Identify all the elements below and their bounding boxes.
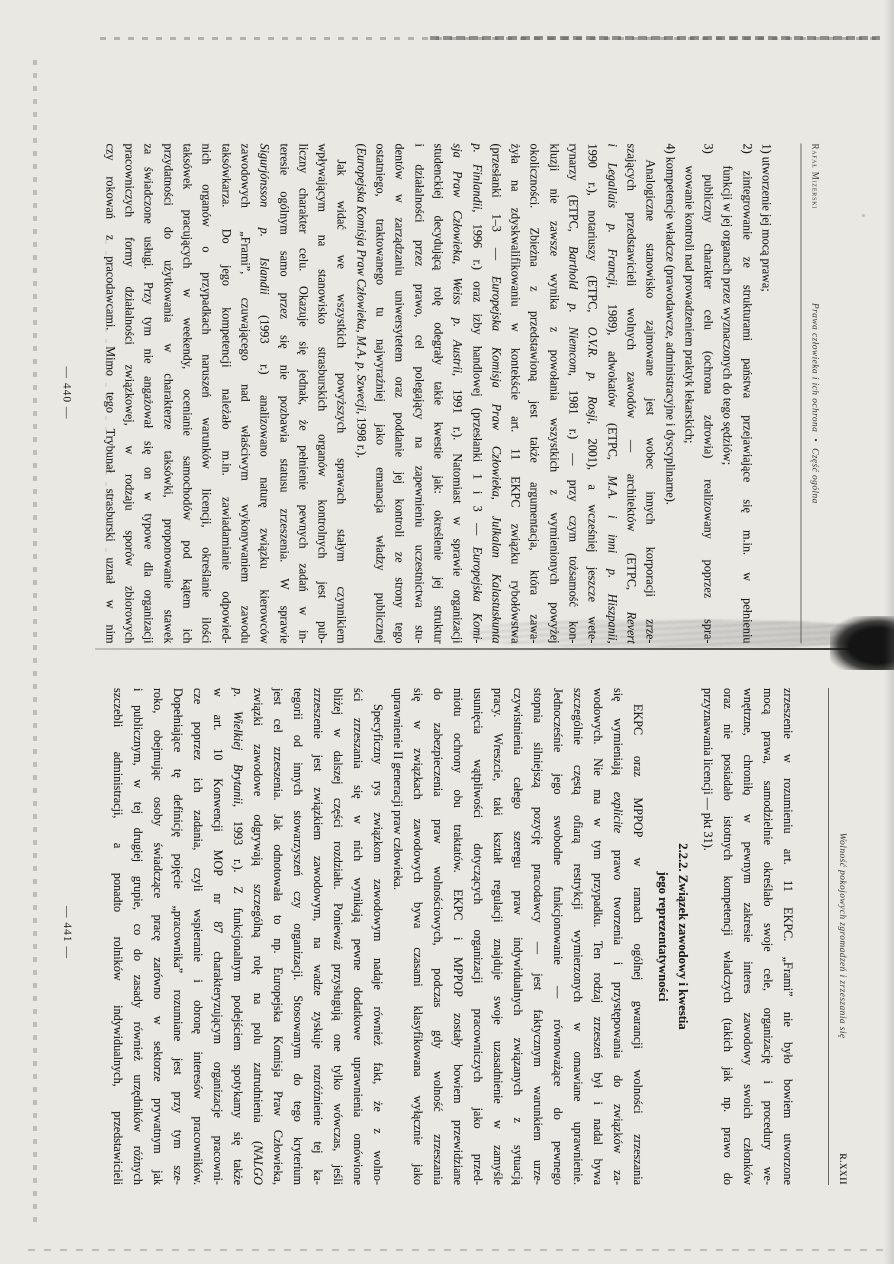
text-line: zrzeszenie w rozumieniu art. 11 EKPC. „F… [778,688,798,1185]
text-line: pracowniczych formy działalności związko… [119,143,138,643]
text-line: wpływającym na stanowisko strasburskich … [312,143,331,643]
page-number-441: — 441 — [61,680,73,1185]
text-line: miotu ochrony obu traktatów. EKPC i MPPO… [448,688,468,1185]
page-440: Rafał Mizerski Prawa człowieka i ich och… [40,140,820,645]
text-line: zrzeszenie jest związkiem zawodowym, na … [308,688,328,1185]
scan-edge-artifact-bottom [28,1249,890,1251]
text-line: wnętrzne, chroniło w pewnym zakresie int… [738,688,758,1185]
text-line: Sigurjónsson p. Islandii (1993 r.) anali… [254,143,273,643]
gutter-ink-blob [830,616,894,670]
text-line: czywistnienia całego szeregu praw indywi… [508,688,528,1185]
text-line: sja Praw Człowieka, Weiss p. Austrii, 19… [447,143,466,643]
text-line: 1990 r.), notariuszy (ETPC, O.V.R. p. Ro… [582,143,601,643]
page-right-edge-shadow [884,0,894,1264]
scan-edge-artifact-top-dark [430,36,880,40]
book-title: Prawa człowieka i ich ochrona [809,302,819,431]
chapter-title: Wolność pokojowych zgromadzeń i zrzeszan… [837,833,847,1039]
text-line: liczny charakter celu. Okazuje się jedna… [293,143,312,643]
running-head-440: Rafał Mizerski Prawa człowieka i ich och… [800,143,820,643]
text-line: Jednocześnie jego swobodne funkcjonowani… [548,688,568,1185]
text-line: Analogiczne stanowisko zajmowane jest wo… [640,143,659,643]
page-441-text-block: zrzeszenie w rozumieniu art. 11 EKPC. „F… [108,688,798,1185]
text-line: nich organów o przypadkach naruszeń waru… [196,143,215,643]
text-line: mocą prawa, samodzielnie określało swoje… [758,688,778,1185]
running-head-author: Rafał Mizerski [810,143,820,209]
text-line: p. Finlandii, 1996 r.) oraz izby handlow… [466,143,485,643]
text-line: czy rokowań z pracodawcami. Mimo tego Tr… [100,143,119,643]
text-line: tegorii od innych stowarzyszeń czy organ… [288,688,308,1185]
text-line: bliżej w dalszej części rozdziału. Ponie… [328,688,348,1185]
text-line: dentów w zarządzaniu uniwersytetem oraz … [389,143,408,643]
text-line: ści zrzeszania się w nich wynikają pewne… [348,688,368,1185]
book-section: Część ogólna [809,448,819,504]
text-line: i Legallais p. Francji, 1989), adwokatów… [601,143,620,643]
text-line: 3) publiczny charakter celu (ochrona zdr… [698,143,717,643]
scan-edge-artifact-left [33,60,37,1230]
scan-speck [862,214,865,217]
running-head-441: Wolność pokojowych zgromadzeń i zrzeszan… [828,688,848,1185]
text-line: się wymieniają explicite prawo tworzenia… [608,688,628,1185]
text-line: (Europejska Komisja Praw Człowieka, M.A.… [350,143,369,643]
text-line: wodowych. Nie ma w tym przypadku. Ten ro… [588,688,608,1185]
text-line: pracy. Wreszcie, taki kształt regulacji … [488,688,508,1185]
text-line: ostatniego, traktowanego tu najwyraźniej… [370,143,389,643]
gutter-crease-line [95,648,894,650]
text-line: 1) utworzenie jej mocą prawa; [756,143,775,643]
page-number-440: — 440 — [60,140,72,645]
text-line: roko, obejmując osoby świadczące pracę z… [148,688,168,1185]
text-line: kluzji nie zawsze wynika z powołania wsz… [543,143,562,643]
text-line: jest cel zrzeszenia. Jak odnotowała to n… [268,688,288,1185]
text-line: zawodowych „Frami”, czuwającego nad właś… [235,143,254,643]
text-line: teresie ogólnym samo przez się nie pozba… [273,143,292,643]
text-line: Specyficzny rys związkom zawodowym nadaj… [368,688,388,1185]
text-line: stopnia silniejszą pozycję pracodawcy — … [528,688,548,1185]
text-line: usunięcia wątpliwości dotyczących organi… [468,688,488,1185]
text-line: Jak widać we wszystkich powyższych spraw… [331,143,350,643]
text-line: Dopełniające tę definicję pojęcie „praco… [168,688,188,1185]
text-line: oraz nie posiadało istotnych kompetencji… [718,688,738,1185]
text-line: szających przedstawicieli wolnych zawodó… [621,143,640,643]
text-line: EKPC oraz MPPOP w ramach ogólnej gwaranc… [628,688,648,1185]
text-line: taksówkarza. Do jego kompetencji należał… [215,143,234,643]
text-line: i publicznym, w tej drugiej grupie, co d… [128,688,148,1185]
text-line: do zabezpieczenia praw wolnościowych, po… [428,688,448,1185]
text-line: za świadczone usługi. Przy tym nie angaż… [138,143,157,643]
text-line: 2.2.2. Związek zawodowy i kwestia [673,688,693,1185]
text-line: funkcji w jej organach przez wyznaczonyc… [717,143,736,643]
text-line: związki zawodowe odgrywają szczególną ro… [248,688,268,1185]
text-line: szczebli administracji, a ponadto rolnik… [108,688,128,1185]
text-line: żyła na zdyskwalifikowaniu w kontekście … [505,143,524,643]
text-line: przydatności do użytkowania w charakterz… [158,143,177,643]
running-head-title: Prawa człowieka i ich ochrona•Część ogól… [809,209,819,597]
scanned-book-spread: Rafał Mizerski Prawa człowieka i ich och… [0,0,894,1264]
text-line: p. Wielkiej Brytanii, 1993 r.). Z funkcj… [228,688,248,1185]
scan-edge-artifact-top [100,37,880,40]
text-line: (przesłanki 1–3 — Europejska Komisja Pra… [486,143,505,643]
text-line: w art. 10 Konwencji MOP nr 87 charaktery… [208,688,228,1185]
text-line: się w związkach zawodowych bywa czasami … [408,688,428,1185]
text-line: studenckiej decydującą rolę odegrały tak… [428,143,447,643]
page-440-text-block: 1) utworzenie jej mocą prawa;2) zintegro… [100,143,775,643]
text-line: jego reprezentatywności [653,688,673,1185]
page-441: Wolność pokojowych zgromadzeń i zrzeszan… [45,680,848,1185]
text-line: i działalności przez prawo, cel polegają… [408,143,427,643]
text-line: 2) zintegrowanie ze strukturami państwa … [736,143,755,643]
running-head-chapter-title: Wolność pokojowych zgromadzeń i zrzeszan… [837,718,847,1153]
chapter-number: R.XXII [838,1153,848,1185]
text-line: rynarzy (ETPC, Barthold p. Niemcom, 1981… [563,143,582,643]
text-line: wowanie kontroli nad prowadzeniem prakty… [679,143,698,643]
text-line: 4) kompetencje władcze (prawodawcze, adm… [659,143,678,643]
text-line: szczególnie częstą ofiarą restrykcji wym… [568,688,588,1185]
text-line: okoliczności. Zbieżna z przedstawioną je… [524,143,543,643]
text-line: taksówek pracujących w weekendy, ocenian… [177,143,196,643]
text-line: uprawnienie II generacji praw człowieka. [388,688,408,1185]
text-line: przyznawania licencji — pkt 31). [698,688,718,1185]
text-line: cze poprzez ich zadania, czyli wspierani… [188,688,208,1185]
separator-dot-icon: • [809,432,819,448]
